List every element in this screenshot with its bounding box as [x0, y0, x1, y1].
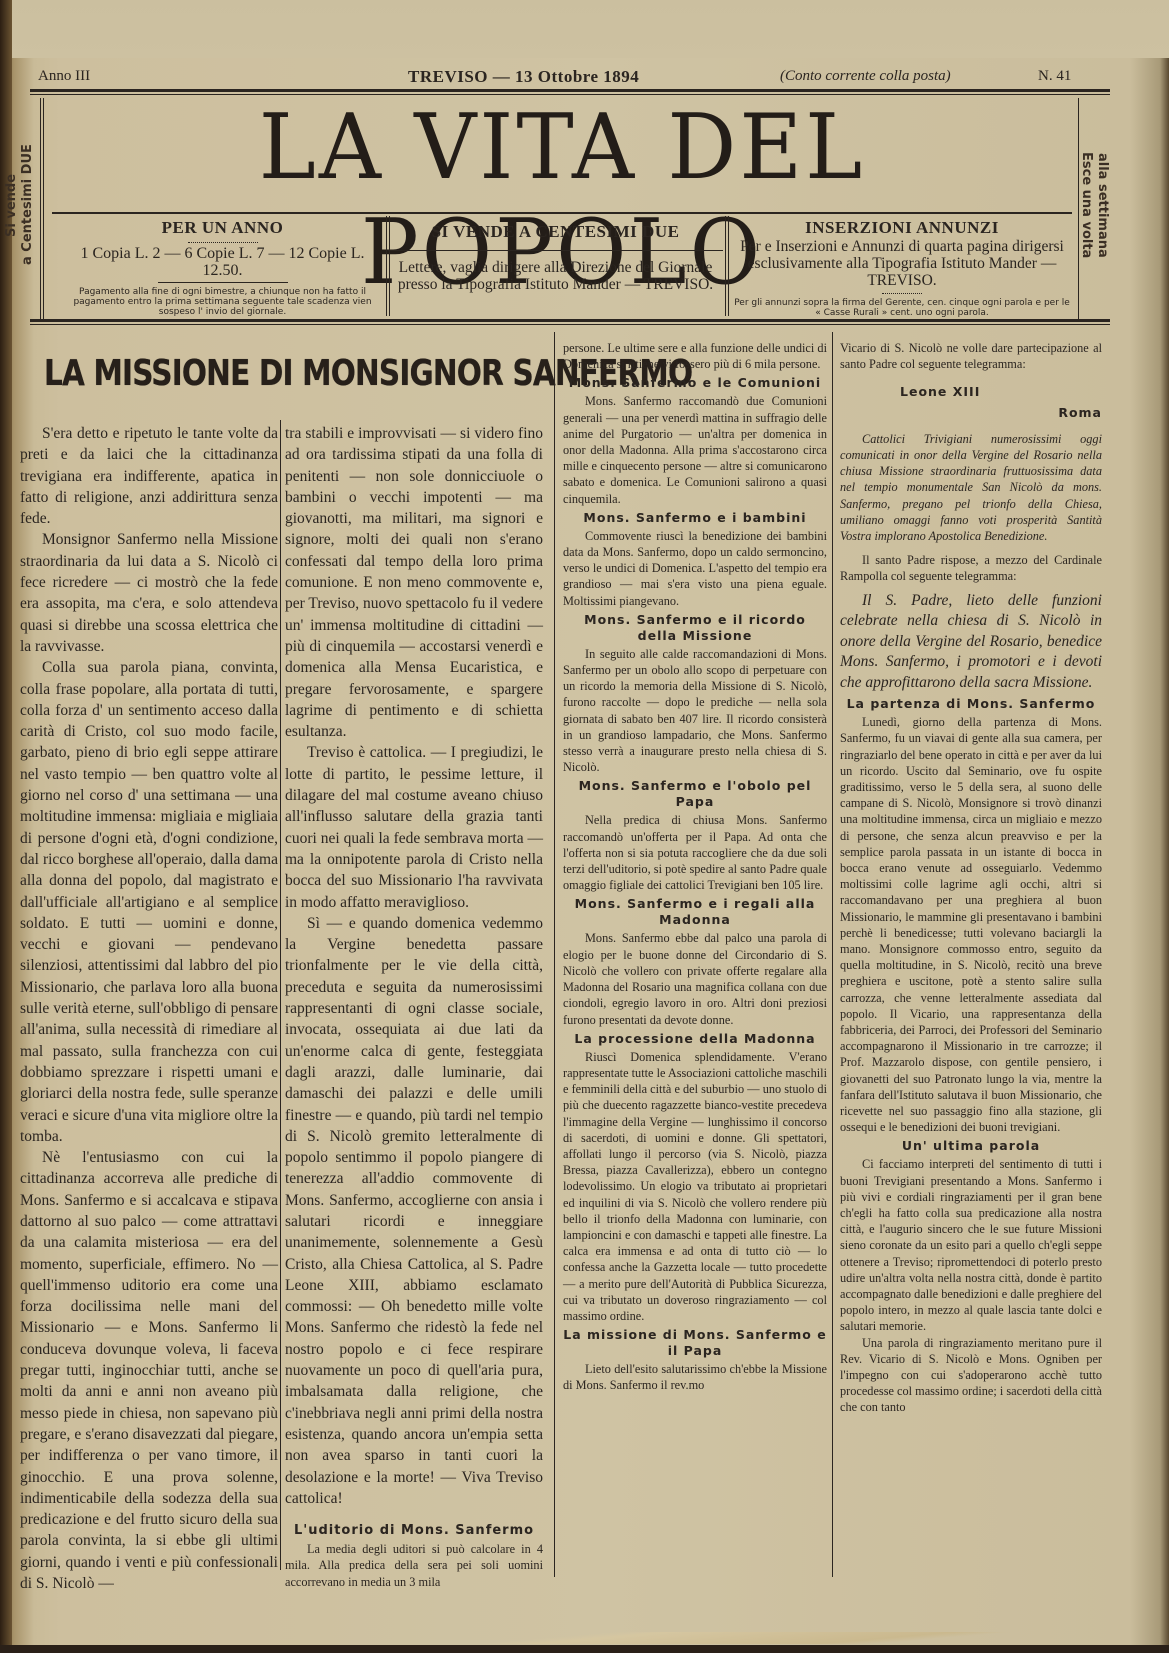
- section-heading: L'uditorio di Mons. Sanfermo: [285, 1523, 543, 1539]
- paragraph: Mons. Sanfermo raccomandò due Comunioni …: [563, 393, 827, 506]
- sales-box: SI VENDE A CENTESIMI DUE Lettere, vaglia…: [388, 216, 723, 316]
- paragraph: Riuscì Domenica splendidamente. V'erano …: [563, 1049, 827, 1324]
- header-bottom-rule: [30, 319, 1110, 322]
- page-bottom-edge: [0, 1645, 1169, 1653]
- masthead-lower-rule: [52, 212, 1072, 214]
- paragraph: Colla sua parola piana, convinta, colla …: [20, 657, 278, 1147]
- issue-number: N. 41: [1038, 68, 1071, 85]
- newspaper-page: Anno III TREVISO — 13 Ottobre 1894 (Cont…: [0, 0, 1169, 1653]
- side-right-line-1: Esce una volta: [1078, 100, 1094, 310]
- side-left-line-2: a Centesimi DUE: [20, 100, 36, 310]
- paragraph: persone. Le ultime sere e alla funzione …: [563, 340, 827, 372]
- section-heading: Mons. Sanfermo e le Comunioni: [563, 375, 827, 391]
- masthead-frame-left: [40, 98, 41, 320]
- subscription-prices: 1 Copia L. 2 — 6 Copie L. 7 — 12 Copie L…: [60, 245, 385, 279]
- section-heading: La missione di Mons. Sanfermo e il Papa: [563, 1327, 827, 1359]
- advertising-box: INSERZIONI ANNUNZI Per e Inserzioni e An…: [727, 216, 1077, 316]
- paragraph: Commovente riuscì la benedizione dei bam…: [563, 528, 827, 609]
- telegram-reply: Il S. Padre, lieto delle funzioni celebr…: [840, 591, 1102, 694]
- divider: [158, 282, 288, 283]
- advertising-title: INSERZIONI ANNUNZI: [727, 218, 1077, 238]
- paragraph: Vicario di S. Nicolò ne volle dare parte…: [840, 340, 1102, 372]
- masthead-frame-left-2: [43, 98, 44, 320]
- side-note-left: Si vende a Centesimi DUE: [4, 100, 36, 310]
- section-heading: Mons. Sanfermo e il ricordo della Missio…: [563, 612, 827, 644]
- page-top-margin: [0, 0, 1169, 58]
- subscription-box: PER UN ANNO 1 Copia L. 2 — 6 Copie L. 7 …: [60, 216, 385, 316]
- subscription-note: Pagamento alla fine di ogni bimestre, a …: [60, 287, 385, 317]
- paragraph: Il santo Padre rispose, a mezzo del Card…: [840, 552, 1102, 584]
- paragraph: Lunedì, giorno della partenza di Mons. S…: [840, 714, 1102, 1135]
- paragraph: Treviso è cattolica. — I pregiudizi, le …: [285, 742, 543, 912]
- ornament-divider: [188, 239, 258, 243]
- box-divider-1: [386, 216, 387, 316]
- dateline: Anno III TREVISO — 13 Ottobre 1894 (Cont…: [38, 68, 1108, 90]
- section-heading: Mons. Sanfermo e l'obolo pel Papa: [563, 778, 827, 810]
- volume-label: Anno III: [38, 68, 90, 85]
- header-bottom-rule-thin: [30, 324, 1110, 325]
- section-heading: La processione della Madonna: [563, 1031, 827, 1047]
- column-rule-3: [832, 332, 833, 1577]
- column-rule-1: [280, 420, 281, 1570]
- section-heading: La partenza di Mons. Sanfermo: [840, 696, 1102, 712]
- section-heading: Un' ultima parola: [840, 1138, 1102, 1154]
- paragraph: Una parola di ringraziamento meritano pu…: [840, 1335, 1102, 1416]
- column-rule-2: [554, 332, 555, 1577]
- paragraph: Ci facciamo interpreti del sentimento di…: [840, 1156, 1102, 1334]
- place-date: TREVISO — 13 Ottobre 1894: [408, 67, 639, 87]
- box-divider-2: [725, 216, 726, 316]
- ornament-divider: [882, 290, 922, 294]
- section-heading: Mons. Sanfermo e i bambini: [563, 510, 827, 526]
- advertising-text: Per e Inserzioni e Annunzi di quarta pag…: [727, 238, 1077, 289]
- paragraph: Monsignor Sanfermo nella Missione straor…: [20, 529, 278, 657]
- paragraph: Nè l'entusiasmo con cui la cittadinanza …: [20, 1147, 278, 1594]
- telegram-place: Roma: [840, 405, 1102, 421]
- dateline-rule: [30, 89, 1110, 92]
- subscription-title: PER UN ANNO: [60, 218, 385, 238]
- sales-title: SI VENDE A CENTESIMI DUE: [388, 222, 723, 242]
- paragraph: Sì — e quando domenica vedemmo la Vergin…: [285, 913, 543, 1509]
- postal-note: (Conto corrente colla posta): [780, 68, 951, 85]
- paragraph: tra stabili e improvvisati — si videro f…: [285, 423, 543, 742]
- advertising-note: Per gli annunzi sopra la firma del Geren…: [727, 298, 1077, 318]
- article-column-2: tra stabili e improvvisati — si videro f…: [285, 423, 543, 1590]
- masthead-frame-right: [1078, 98, 1079, 320]
- section-heading: Mons. Sanfermo e i regali alla Madonna: [563, 896, 827, 928]
- telegram-text: Cattolici Trivigiani numerosissimi oggi …: [840, 431, 1102, 544]
- article-column-3: persone. Le ultime sere e alla funzione …: [563, 340, 827, 1394]
- article-headline: LA MISSIONE DI MONSIGNOR SANFERMO: [44, 353, 429, 403]
- paragraph: Mons. Sanfermo ebbe dal palco una parola…: [563, 930, 827, 1027]
- paragraph: Lieto dell'esito salutarissimo ch'ebbe l…: [563, 1361, 827, 1393]
- paragraph: In seguito alle calde raccomandazioni di…: [563, 646, 827, 776]
- side-left-line-1: Si vende: [4, 100, 20, 310]
- paper-tear: [160, 1632, 1160, 1644]
- paragraph: Nella predica di chiusa Mons. Sanfermo r…: [563, 812, 827, 893]
- paragraph: La media degli uditori si può calcolare …: [285, 1541, 543, 1590]
- paragraph: S'era detto e ripetuto le tante volte da…: [20, 423, 278, 529]
- side-right-line-2: alla settimana: [1094, 100, 1110, 310]
- sales-text: Lettere, vaglia dirigere alla Direzione …: [388, 259, 723, 293]
- article-column-1: S'era detto e ripetuto le tante volte da…: [20, 423, 278, 1594]
- telegram-recipient: Leone XIII: [840, 384, 1102, 400]
- article-column-4: Vicario di S. Nicolò ne volle dare parte…: [840, 340, 1102, 1416]
- side-note-right: Esce una volta alla settimana: [1078, 100, 1110, 310]
- divider: [388, 250, 723, 251]
